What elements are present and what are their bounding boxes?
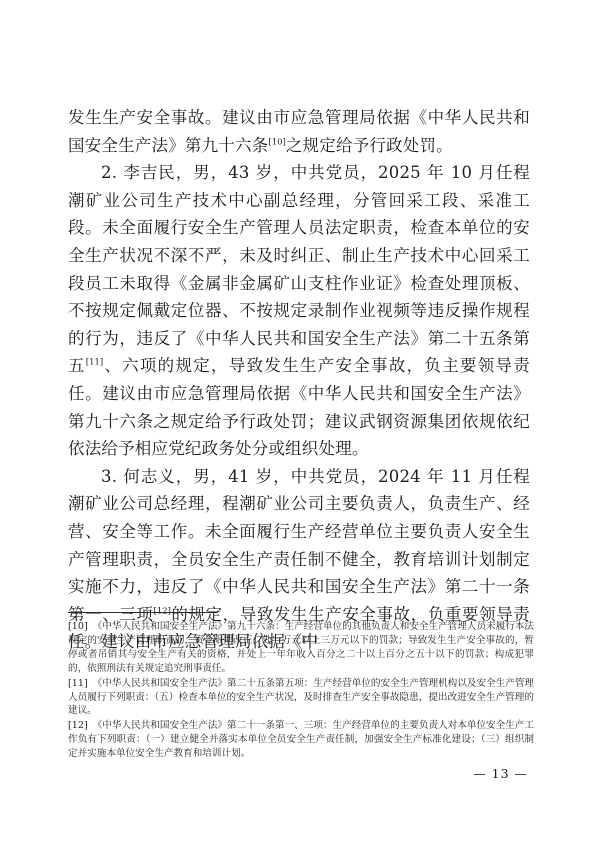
- footnote-separator: [68, 612, 218, 613]
- paragraph-text: 之规定给予行政处罚。: [286, 136, 453, 155]
- footnote-label: [11]: [68, 678, 93, 689]
- footnote-label: [12]: [68, 720, 93, 731]
- footnote-text: 《中华人民共和国安全生产法》第二十五条第五项：生产经营单位的安全生产管理机构以及…: [68, 678, 534, 717]
- footnote-list: [10]《中华人民共和国安全生产法》第九十六条：生产经营单位的其他负责人和安全生…: [68, 620, 534, 761]
- page-number: — 13 —: [473, 766, 528, 781]
- footnote-label: [10]: [68, 621, 93, 632]
- footnote-ref: [11]: [86, 358, 103, 368]
- paragraph-text: 3. 何志义，男，41 岁，中共党员，2024 年 11 月任程潮矿业公司总经理…: [68, 467, 530, 624]
- footnotes-section: [10]《中华人民共和国安全生产法》第九十六条：生产经营单位的其他负责人和安全生…: [68, 612, 534, 762]
- footnote-ref: [10]: [268, 137, 285, 147]
- footnote: [12]《中华人民共和国安全生产法》第二十一条第一、三项：生产经营单位的主要负责…: [68, 719, 534, 761]
- document-body-text: 发生生产安全事故。建议由市应急管理局依据《中华人民共和国安全生产法》第九十六条[…: [68, 104, 530, 656]
- paragraph-text: 2. 李吉民，男，43 岁，中共党员，2025 年 10 月任程潮矿业公司生产技…: [68, 163, 530, 375]
- footnote: [10]《中华人民共和国安全生产法》第九十六条：生产经营单位的其他负责人和安全生…: [68, 620, 534, 676]
- footnote-text: 《中华人民共和国安全生产法》第二十一条第一、三项：生产经营单位的主要负责人对本单…: [68, 720, 534, 759]
- footnote-text: 《中华人民共和国安全生产法》第九十六条：生产经营单位的其他负责人和安全生产管理人…: [68, 621, 534, 674]
- document-page: 发生生产安全事故。建议由市应急管理局依据《中华人民共和国安全生产法》第九十六条[…: [0, 0, 600, 849]
- paragraph-text: 、六项的规定，导致发生生产安全事故，负主要领导责任。建议由市应急管理局依据《中华…: [68, 356, 530, 458]
- body-paragraph: 2. 李吉民，男，43 岁，中共党员，2025 年 10 月任程潮矿业公司生产技…: [68, 159, 530, 463]
- body-paragraph: 发生生产安全事故。建议由市应急管理局依据《中华人民共和国安全生产法》第九十六条[…: [68, 104, 530, 159]
- footnote: [11]《中华人民共和国安全生产法》第二十五条第五项：生产经营单位的安全生产管理…: [68, 677, 534, 719]
